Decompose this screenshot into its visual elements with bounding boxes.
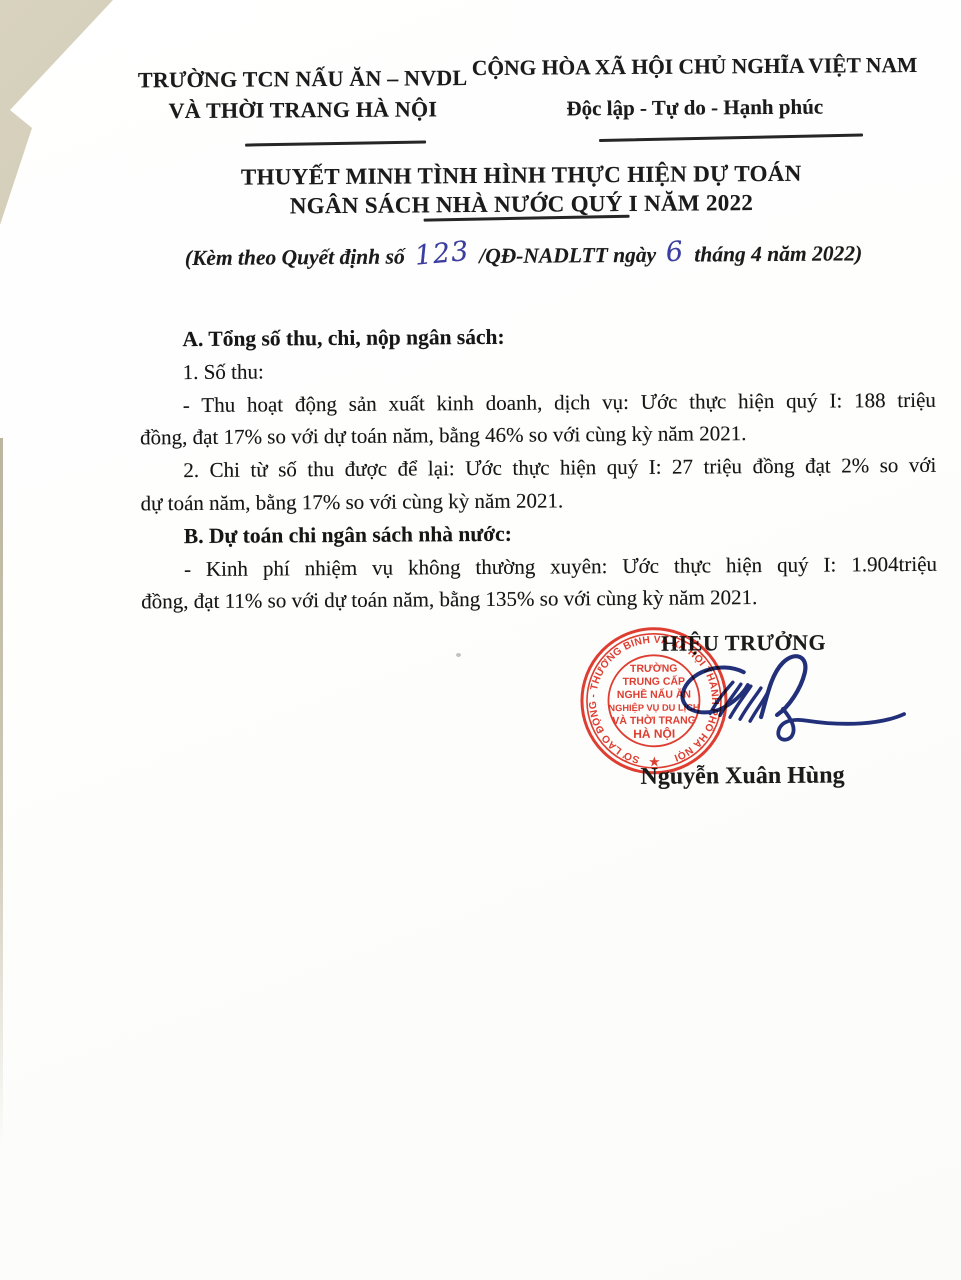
issuer-line1: TRƯỜNG TCN NẤU ĂN – NVDL [136,62,470,95]
decision-suffix: tháng 4 năm 2022) [694,241,862,267]
title-line1: THUYẾT MINH TÌNH HÌNH THỰC HIỆN DỰ TOÁN [236,159,806,192]
scanned-page: TRƯỜNG TCN NẤU ĂN – NVDL VÀ THỜI TRANG H… [0,0,961,1280]
handwritten-signature [648,647,911,751]
paragraph-line: đồng, đạt 11% so với dự toán năm, bằng 1… [141,580,937,618]
national-motto: Độc lập - Tự do - Hạnh phúc [466,94,924,121]
paragraph-line: đồng, đạt 17% so với dự toán năm, bằng 4… [140,416,936,454]
decision-reference-line: (Kèm theo Quyết định số 123 /QĐ-NADLTT n… [185,236,845,272]
paragraph-line: dự toán năm, bằng 17% so với cùng kỳ năm… [140,482,936,520]
motto-underline [599,133,863,142]
issuer-underline [245,140,426,146]
document-content: TRƯỜNG TCN NẤU ĂN – NVDL VÀ THỜI TRANG H… [0,0,961,1280]
national-title: CỘNG HÒA XÃ HỘI CHỦ NGHĨA VIỆT NAM [465,53,923,80]
document-title: THUYẾT MINH TÌNH HÌNH THỰC HIỆN DỰ TOÁN … [236,159,806,221]
issuer-block: TRƯỜNG TCN NẤU ĂN – NVDL VÀ THỜI TRANG H… [136,62,470,126]
paragraph-line: - Kinh phí nhiệm vụ không thường xuyên: … [141,547,937,585]
handwritten-decision-number: 123 [413,236,470,272]
decision-middle: /QĐ-NADLTT ngày [479,243,656,269]
paragraph-line: - Thu hoạt động sản xuất kinh doanh, dịc… [140,383,936,421]
national-motto-block: CỘNG HÒA XÃ HỘI CHỦ NGHĨA VIỆT NAM Độc l… [465,53,923,121]
signature-tail-stroke [778,708,904,740]
issuer-line2: VÀ THỜI TRANG HÀ NỘI [136,93,470,126]
section-b-heading: B. Dự toán chi ngân sách nhà nước: [141,515,937,553]
section-a-heading: A. Tổng số thu, chi, nộp ngân sách: [139,318,935,356]
decision-prefix: (Kèm theo Quyết định số [185,245,405,272]
handwritten-day: 6 [665,236,686,269]
signer-name: Nguyễn Xuân Hùng [628,762,856,791]
item-1-heading: 1. Số thu: [140,351,936,389]
paragraph-line: 2. Chi từ số thu được để lại: Ước thực h… [140,449,936,487]
body-text: A. Tổng số thu, chi, nộp ngân sách: 1. S… [139,318,937,619]
title-line2: NGÂN SÁCH NHÀ NƯỚC QUÝ I NĂM 2022 [236,188,806,221]
